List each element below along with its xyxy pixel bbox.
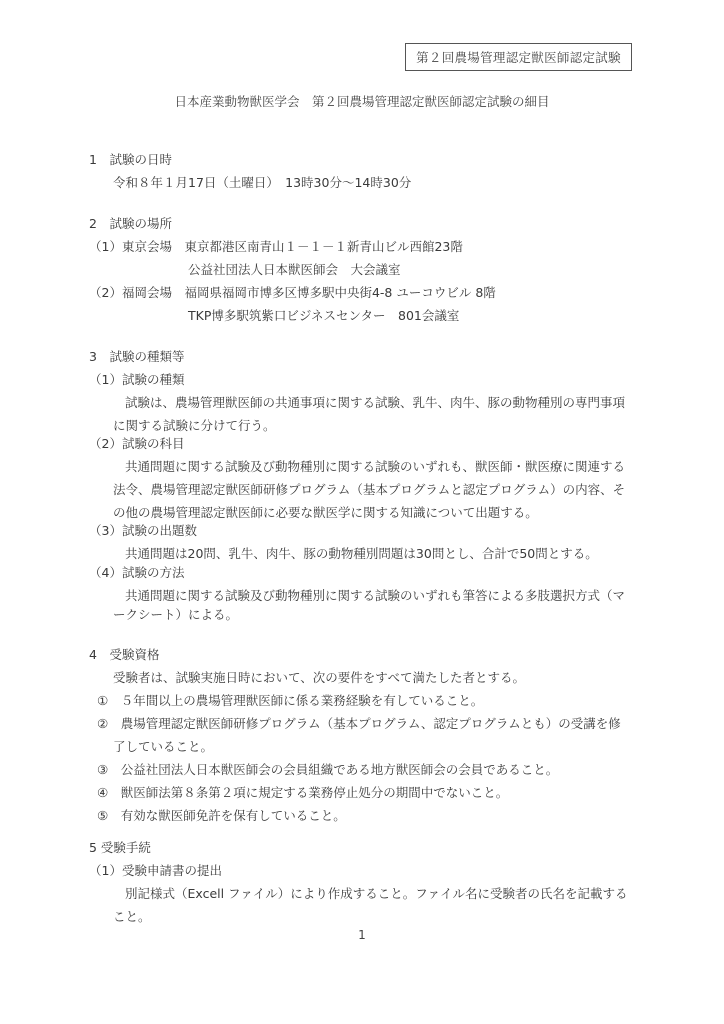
text-line: （1）試験の種類 [89, 372, 184, 388]
text-line: 共通問題は20問、乳牛、肉牛、豚の動物種別問題は30問とし、合計で50問とする。 [125, 546, 598, 562]
text-line: 3 試験の種類等 [89, 349, 184, 365]
text-line: （1）受験申請書の提出 [89, 863, 222, 879]
text-line: の他の農場管理認定獣医師に必要な獣医学に関する知識について出題する。 [113, 505, 538, 521]
text-line: 公益社団法人日本獣医師会 大会議室 [188, 262, 401, 278]
text-line: こと。 [113, 909, 151, 925]
text-line: 令和８年１月17日（土曜日） 13時30分～14時30分 [113, 175, 411, 191]
text-line: （4）試験の方法 [89, 565, 184, 581]
text-line: 了していること。 [113, 739, 213, 755]
text-line: ⑤ 有効な獣医師免許を保有していること。 [97, 808, 346, 824]
text-line: （3）試験の出題数 [89, 523, 197, 539]
page-number: 1 [0, 928, 724, 942]
text-line: 1 試験の日時 [89, 152, 172, 168]
text-line: ③ 公益社団法人日本獣医師会の会員組織である地方獣医師会の会員であること。 [97, 762, 558, 778]
text-line: 受験者は、試験実施日時において、次の要件をすべて満たした者とする。 [113, 670, 525, 686]
text-line: 別記様式（Excell ファイル）により作成すること。ファイル名に受験者の氏名を… [125, 886, 628, 902]
text-line: ークシート）による。 [113, 607, 238, 623]
text-line: ② 農場管理認定獣医師研修プログラム（基本プログラム、認定プログラムとも）の受講… [97, 716, 621, 732]
text-line: 試験は、農場管理獣医師の共通事項に関する試験、乳牛、肉牛、豚の動物種別の専門事項 [125, 395, 625, 411]
document-title: 日本産業動物獣医学会 第２回農場管理認定獣医師認定試験の細目 [0, 92, 724, 110]
text-line: 共通問題に関する試験及び動物種別に関する試験のいずれも、獣医師・獣医療に関連する [125, 459, 625, 475]
text-line: ④ 獣医師法第８条第２項に規定する業務停止処分の期間中でないこと。 [97, 785, 508, 801]
text-line: 4 受験資格 [89, 647, 159, 663]
text-line: ① ５年間以上の農場管理獣医師に係る業務経験を有していること。 [97, 693, 483, 709]
exam-title-label: 第２回農場管理認定獣医師認定試験 [416, 48, 621, 66]
text-line: に関する試験に分けて行う。 [113, 418, 276, 434]
document-page: 第２回農場管理認定獣医師認定試験 日本産業動物獣医学会 第２回農場管理認定獣医師… [0, 0, 724, 1024]
text-line: （2）福岡会場 福岡県福岡市博多区博多駅中央街4-8 ユーコウビル 8階 [89, 285, 496, 301]
text-line: 共通問題に関する試験及び動物種別に関する試験のいずれも筆答による多肢選択方式（マ [125, 588, 625, 604]
text-line: TKP博多駅筑紫口ビジネスセンター 801会議室 [188, 308, 459, 324]
text-line: （1）東京会場 東京都港区南青山１－１－１新青山ビル西館23階 [89, 239, 463, 255]
exam-title-box: 第２回農場管理認定獣医師認定試験 [405, 43, 632, 71]
text-line: （2）試験の科目 [89, 436, 184, 452]
text-line: 法令、農場管理認定獣医師研修プログラム（基本プログラムと認定プログラム）の内容、… [113, 482, 625, 498]
text-line: 5 受験手続 [89, 840, 151, 856]
text-line: 2 試験の場所 [89, 216, 172, 232]
